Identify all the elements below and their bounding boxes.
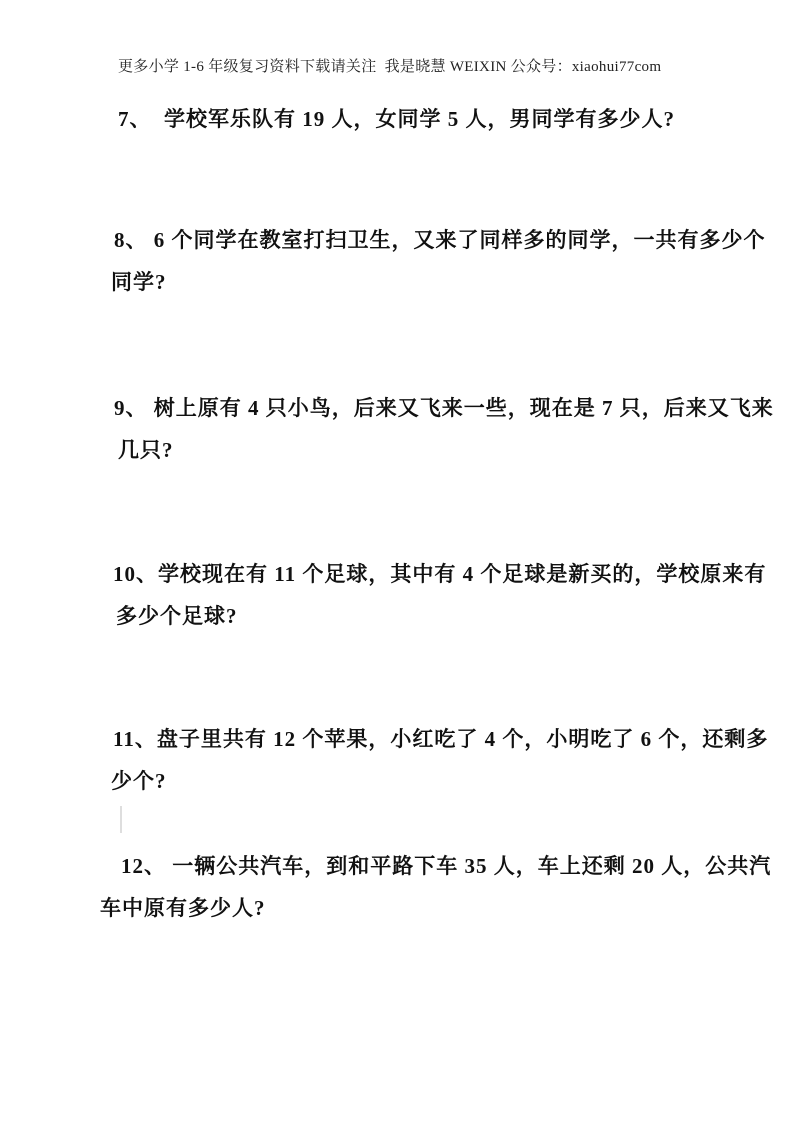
question-12-line-1: 12、 一辆公共汽车，到和平路下车 35 人，车上还剩 20 人，公共汽 (121, 853, 771, 879)
scan-artifact-line (120, 806, 122, 833)
question-10-line-2: 多少个足球? (116, 603, 238, 629)
question-8-line-2: 同学? (111, 269, 167, 295)
question-9-line-2: 几只? (118, 437, 174, 463)
question-7-line-1: 7、 学校军乐队有 19 人，女同学 5 人，男同学有多少人? (118, 106, 675, 132)
question-11-line-1: 11、盘子里共有 12 个苹果，小红吃了 4 个，小明吃了 6 个，还剩多 (113, 726, 768, 752)
question-11-line-2: 少个? (111, 768, 167, 794)
worksheet-page: 更多小学 1-6 年级复习资料下载请关注 我是晓慧 WEIXIN 公众号：xia… (0, 0, 793, 1122)
question-9-line-1: 9、 树上原有 4 只小鸟，后来又飞来一些，现在是 7 只，后来又飞来 (114, 395, 774, 421)
header-note: 更多小学 1-6 年级复习资料下载请关注 我是晓慧 WEIXIN 公众号：xia… (118, 55, 661, 76)
question-12-line-2: 车中原有多少人? (100, 895, 266, 921)
question-10-line-1: 10、学校现在有 11 个足球，其中有 4 个足球是新买的，学校原来有 (113, 561, 766, 587)
question-8-line-1: 8、 6 个同学在教室打扫卫生，又来了同样多的同学，一共有多少个 (114, 227, 766, 253)
